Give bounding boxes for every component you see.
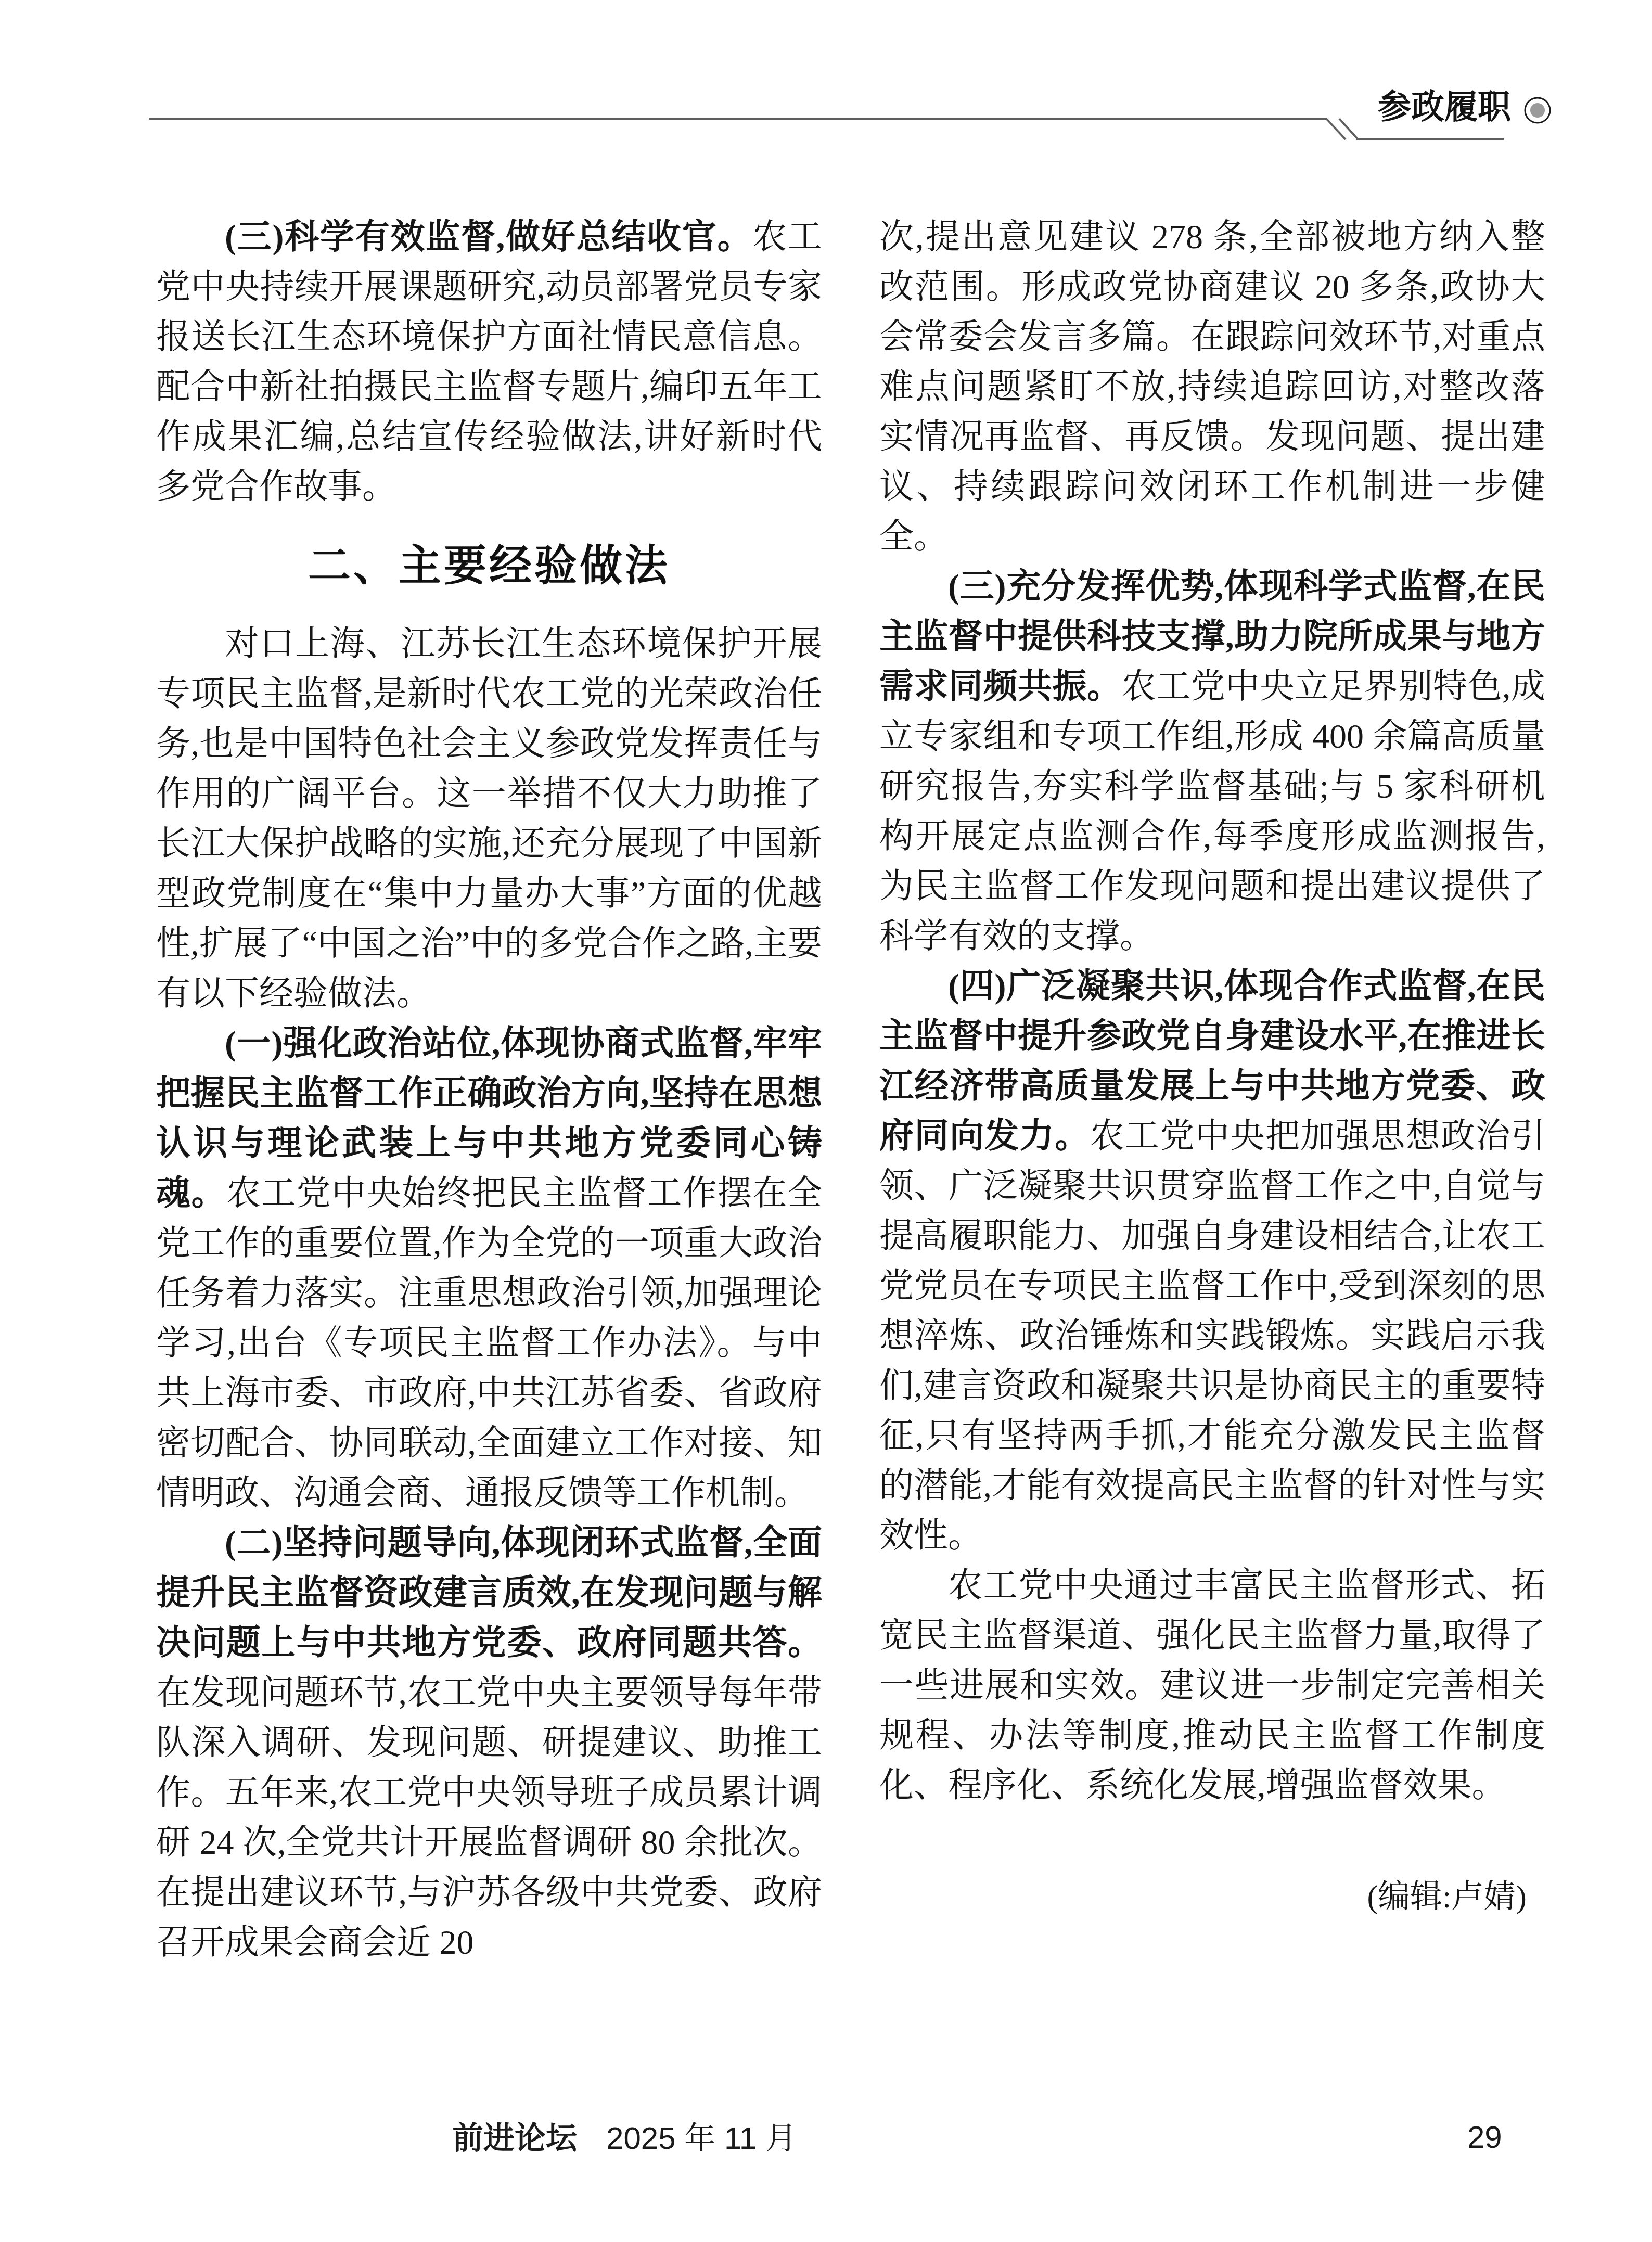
page-header-section-label: 参政履职 [1378,88,1511,126]
bullseye-icon [1522,95,1553,126]
paragraph-point-three-closing: (三)科学有效监督,做好总结收官。农工党中央持续开展课题研究,动员部署党员专家报… [156,212,822,512]
journal-title: 前进论坛 [452,2121,577,2156]
magazine-page: { "page": { "header": { "section_label":… [0,0,1652,2242]
left-column: (三)科学有效监督,做好总结收官。农工党中央持续开展课题研究,动员部署党员专家报… [156,212,822,1968]
right-column: 次,提出意见建议 278 条,全部被地方纳入整改范围。形成政党协商建议 20 多… [879,212,1545,1954]
paragraph-summary: 农工党中央通过丰富民主监督形式、拓宽民主监督渠道、强化民主监督力量,取得了一些进… [879,1561,1545,1811]
paragraph-body: 农工党中央始终把民主监督工作摆在全党工作的重要位置,作为全党的一项重大政治任务着… [156,1174,822,1512]
paragraph-intro: 对口上海、江苏长江生态环境保护开展专项民主监督,是新时代农工党的光荣政治任务,也… [156,619,822,1019]
section-heading: 二、主要经验做法 [156,541,822,591]
paragraph-body: 在发现问题环节,农工党中央主要领导每年带队深入调研、发现问题、研提建议、助推工作… [156,1674,822,1962]
paragraph-point-two: (二)坚持问题导向,体现闭环式监督,全面提升民主监督资政建言质效,在发现问题与解… [156,1518,822,1968]
paragraph-body: 农工党中央持续开展课题研究,动员部署党员专家报送长江生态环境保护方面社情民意信息… [156,218,822,506]
editor-credit: (编辑:卢婧) [879,1872,1545,1922]
paragraph-lead: (二)坚持问题导向,体现闭环式监督,全面提升民主监督资政建言质效,在发现问题与解… [156,1524,822,1662]
paragraph-body: 农工党中央把加强思想政治引领、广泛凝聚共识贯穿监督工作之中,自觉与提高履职能力、… [879,1117,1545,1555]
paragraph-point-one: (一)强化政治站位,体现协商式监督,牢牢把握民主监督工作正确政治方向,坚持在思想… [156,1019,822,1518]
footer: 前进论坛2025 年 11 月 [0,2119,1249,2158]
issue-date: 2025 年 11 月 [606,2121,797,2156]
paragraph-body: 农工党中央立足界别特色,成立专家组和专项工作组,形成 400 余篇高质量研究报告… [879,668,1545,955]
paragraph-point-four: (四)广泛凝聚共识,体现合作式监督,在民主监督中提升参政党自身建设水平,在推进长… [879,962,1545,1561]
page-number: 29 [1467,2118,1502,2157]
paragraph-lead: (三)科学有效监督,做好总结收官。 [225,218,752,256]
paragraph-continuation: 次,提出意见建议 278 条,全部被地方纳入整改范围。形成政党协商建议 20 多… [879,212,1545,562]
paragraph-point-three: (三)充分发挥优势,体现科学式监督,在民主监督中提供科技支撑,助力院所成果与地方… [879,562,1545,962]
